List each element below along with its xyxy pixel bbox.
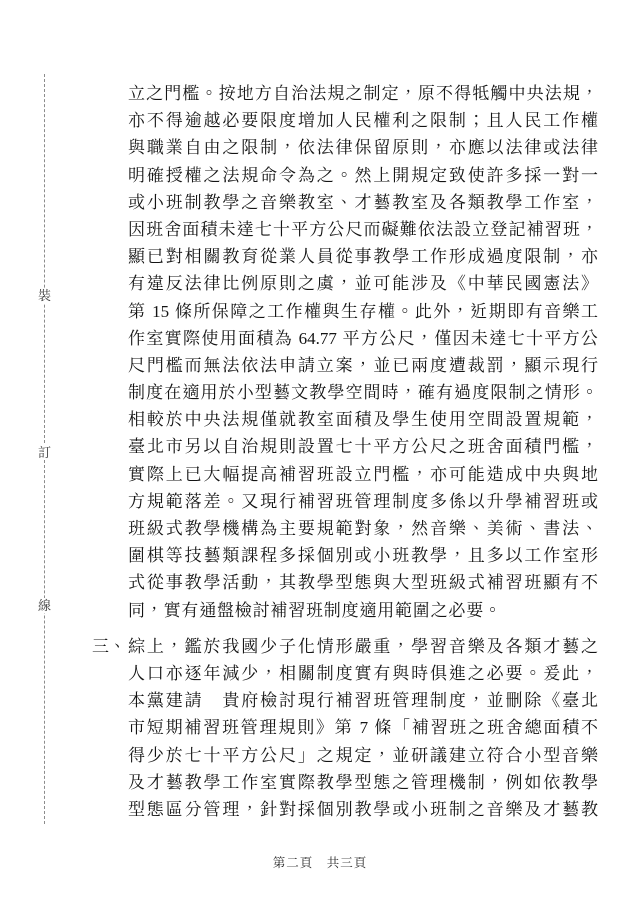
text-line: 方規範落差。又現行補習班管理制度多係以升學補習班或 xyxy=(128,488,598,515)
text-line: 或小班制教學之音樂教室、才藝教室及各類教學工作室， xyxy=(128,189,598,216)
text-line: 明確授權之法規命令為之。然上開規定致使許多採一對一 xyxy=(128,162,598,189)
text-line: 人口亦逐年減少，相關制度實有與時俱進之必要。爰此， xyxy=(128,660,598,687)
text-line: 式從事教學活動，其教學型態與大型班級式補習班顯有不 xyxy=(128,569,598,596)
binding-char-xian: 線 xyxy=(37,598,52,613)
text-line: 市短期補習班管理規則》第 7 條「補習班之班舍總面積不 xyxy=(128,714,598,741)
text-line: 制度在適用於小型藝文教學空間時，確有過度限制之情形。 xyxy=(128,379,598,406)
text-line: 亦不得逾越必要限度增加人民權利之限制；且人民工作權 xyxy=(128,107,598,134)
text-line: 第 15 條所保障之工作權與生存權。此外，近期即有音樂工 xyxy=(128,298,598,325)
text-line: 作室實際使用面積為 64.77 平方公尺，僅因未達七十平方公 xyxy=(128,325,598,352)
text-line: 有違反法律比例原則之虞，並可能涉及《中華民國憲法》 xyxy=(128,270,598,297)
text-line: 型態區分管理，針對採個別教學或小班制之音樂及才藝教 xyxy=(128,796,598,823)
binding-char-ding: 訂 xyxy=(37,445,52,460)
text-line: 班級式教學機構為主要規範對象，然音樂、美術、書法、 xyxy=(128,515,598,542)
paragraph-item-three: 三、 綜上，鑑於我國少子化情形嚴重，學習音樂及各類才藝之 人口亦逐年減少，相關制… xyxy=(128,633,598,823)
text-line: 實際上已大幅提高補習班設立門檻，亦可能造成中央與地 xyxy=(128,461,598,488)
text-line: 得少於七十平方公尺」之規定，並研議建立符合小型音樂 xyxy=(128,742,598,769)
text-line: 臺北市另以自治規則設置七十平方公尺之班舍面積門檻， xyxy=(128,433,598,460)
paragraph-continuation: 立之門檻。按地方自治法規之制定，原不得牴觸中央法規， 亦不得逾越必要限度增加人民… xyxy=(128,80,598,624)
text-line: 圍棋等技藝類課程多採個別或小班教學，且多以工作室形 xyxy=(128,542,598,569)
text-body: 立之門檻。按地方自治法規之制定，原不得牴觸中央法規， 亦不得逾越必要限度增加人民… xyxy=(128,80,598,823)
text-line: 因班舍面積未達七十平方公尺而礙難依法設立登記補習班， xyxy=(128,216,598,243)
text-line: 與職業自由之限制，依法律保留原則，亦應以法律或法律 xyxy=(128,134,598,161)
binding-char-zhuang: 裝 xyxy=(37,288,52,303)
document-page: 裝 訂 線 立之門檻。按地方自治法規之制定，原不得牴觸中央法規， 亦不得逾越必要… xyxy=(0,0,640,905)
page-number-footer: 第二頁 共三頁 xyxy=(0,853,640,871)
text-line: 立之門檻。按地方自治法規之制定，原不得牴觸中央法規， xyxy=(128,80,598,107)
text-line: 相較於中央法規僅就教室面積及學生使用空間設置規範， xyxy=(128,406,598,433)
text-line: 同，實有通盤檢討補習班制度適用範圍之必要。 xyxy=(128,597,598,624)
item-number-marker: 三、 xyxy=(92,633,126,660)
text-line: 尺門檻而無法依法申請立案，並已兩度遭裁罰，顯示現行 xyxy=(128,352,598,379)
text-line: 本黨建請 貴府檢討現行補習班管理制度，並刪除《臺北 xyxy=(128,687,598,714)
text-line: 及才藝教學工作室實際教學型態之管理機制，例如依教學 xyxy=(128,769,598,796)
text-line: 綜上，鑑於我國少子化情形嚴重，學習音樂及各類才藝之 xyxy=(128,633,598,660)
text-line: 顯已對相關教育從業人員從事教學工作形成過度限制，亦 xyxy=(128,243,598,270)
